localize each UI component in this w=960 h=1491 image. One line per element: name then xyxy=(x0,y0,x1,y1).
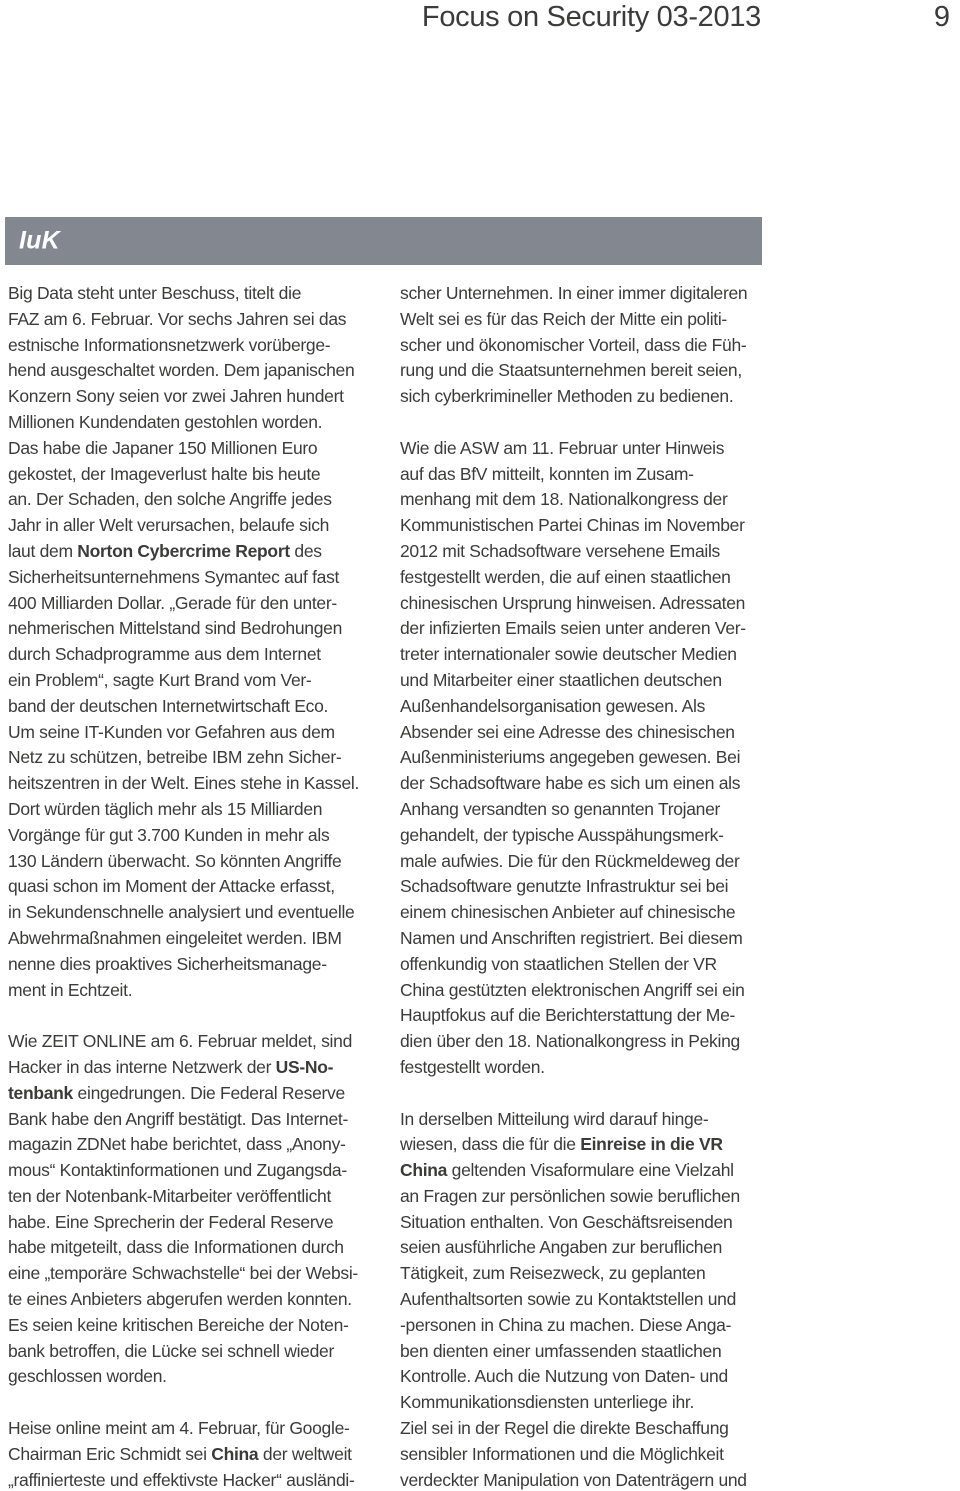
body-text: nenne dies proaktives Sicherheitsmanage- xyxy=(8,954,327,974)
body-text: heitszentren in der Welt. Eines stehe in… xyxy=(8,773,359,793)
body-text: Hacker in das interne Netzwerk der xyxy=(8,1057,276,1077)
paragraph: scher Unternehmen. In einer immer digita… xyxy=(400,281,780,410)
text-line: Tätigkeit, zum Reisezweck, zu geplanten xyxy=(400,1261,780,1287)
body-text: offenkundig von staatlichen Stellen der … xyxy=(400,954,717,974)
body-text: geschlossen worden. xyxy=(8,1366,167,1386)
text-line: „raffinierteste und effektivste Hacker“ … xyxy=(8,1468,380,1491)
body-text: festgestellt worden. xyxy=(400,1057,545,1077)
body-text: Ziel sei in der Regel die direkte Bescha… xyxy=(400,1418,729,1438)
text-line: laut dem Norton Cybercrime Report des xyxy=(8,539,380,565)
text-line: durch Schadprogramme aus dem Internet xyxy=(8,642,380,668)
text-line: Außenministeriums angegeben gewesen. Bei xyxy=(400,745,780,771)
text-line: Vorgänge für gut 3.700 Kunden in mehr al… xyxy=(8,823,380,849)
body-text: habe mitgeteilt, dass die Informationen … xyxy=(8,1237,344,1257)
text-line: eine „temporäre Schwachstelle“ bei der W… xyxy=(8,1261,380,1287)
body-text: auf das BfV mitteilt, konnten im Zusam- xyxy=(400,464,694,484)
text-line: wiesen, dass die für die Einreise in die… xyxy=(400,1132,780,1158)
text-line: habe mitgeteilt, dass die Informationen … xyxy=(8,1235,380,1261)
bold-text: Einreise in die VR xyxy=(580,1134,722,1154)
body-text: In derselben Mitteilung wird darauf hing… xyxy=(400,1109,708,1129)
body-text: Kommunikationsdiensten unterliege ihr. xyxy=(400,1392,694,1412)
body-text: Welt sei es für das Reich der Mitte ein … xyxy=(400,309,727,329)
body-text: FAZ am 6. Februar. Vor sechs Jahren sei … xyxy=(8,309,346,329)
text-line: der Schadsoftware habe es sich um einen … xyxy=(400,771,780,797)
paragraph: Heise online meint am 4. Februar, für Go… xyxy=(8,1416,380,1491)
bold-text: tenbank xyxy=(8,1083,73,1103)
page-number: 9 xyxy=(934,1,950,34)
body-text: Es seien keine kritischen Bereiche der N… xyxy=(8,1315,349,1335)
body-text: geltenden Visaformulare eine Vielzahl xyxy=(447,1160,734,1180)
text-line: Anhang versandten so genannten Trojaner xyxy=(400,797,780,823)
body-text: ben dienten einer umfassenden staatliche… xyxy=(400,1341,721,1361)
text-line: Das habe die Japaner 150 Millionen Euro xyxy=(8,436,380,462)
body-text: Außenministeriums angegeben gewesen. Bei xyxy=(400,747,740,767)
text-line: scher Unternehmen. In einer immer digita… xyxy=(400,281,780,307)
text-line: Namen und Anschriften registriert. Bei d… xyxy=(400,926,780,952)
body-text: Schadsoftware genutzte Infrastruktur sei… xyxy=(400,876,728,896)
text-line: an. Der Schaden, den solche Angriffe jed… xyxy=(8,487,380,513)
body-text: Kontrolle. Auch die Nutzung von Daten- u… xyxy=(400,1366,728,1386)
text-line: gekostet, der Imageverlust halte bis heu… xyxy=(8,462,380,488)
body-text: rung und die Staatsunternehmen bereit se… xyxy=(400,360,742,380)
text-line: quasi schon im Moment der Attacke erfass… xyxy=(8,874,380,900)
body-text: der weltweit xyxy=(258,1444,351,1464)
text-line: seien ausführliche Angaben zur beruflich… xyxy=(400,1235,780,1261)
bold-text: Norton Cybercrime Report xyxy=(77,541,290,561)
body-text: mous“ Kontaktinformationen und Zugangsda… xyxy=(8,1160,347,1180)
text-line: -personen in China zu machen. Diese Anga… xyxy=(400,1313,780,1339)
body-text: -personen in China zu machen. Diese Anga… xyxy=(400,1315,731,1335)
body-text: Jahr in aller Welt verursachen, belaufe … xyxy=(8,515,329,535)
text-line: habe. Eine Sprecherin der Federal Reserv… xyxy=(8,1210,380,1236)
body-text: der Schadsoftware habe es sich um einen … xyxy=(400,773,740,793)
text-line: geschlossen worden. xyxy=(8,1364,380,1390)
text-line: Kommunistischen Partei Chinas im Novembe… xyxy=(400,513,780,539)
body-text: band der deutschen Internetwirtschaft Ec… xyxy=(8,696,328,716)
text-line: und Mitarbeiter einer staatlichen deutsc… xyxy=(400,668,780,694)
section-banner-label: IuK xyxy=(19,227,60,256)
body-text: Wie ZEIT ONLINE am 6. Februar meldet, si… xyxy=(8,1031,352,1051)
body-text: Aufenthaltsorten sowie zu Kontaktstellen… xyxy=(400,1289,736,1309)
body-text: dien über den 18. Nationalkongress in Pe… xyxy=(400,1031,740,1051)
text-line: male aufwies. Die für den Rückmeldeweg d… xyxy=(400,849,780,875)
body-text: 400 Milliarden Dollar. „Gerade für den u… xyxy=(8,593,337,613)
text-line: Es seien keine kritischen Bereiche der N… xyxy=(8,1313,380,1339)
body-text: Chairman Eric Schmidt sei xyxy=(8,1444,211,1464)
text-line: festgestellt worden. xyxy=(400,1055,780,1081)
text-line: chinesischen Ursprung hinweisen. Adressa… xyxy=(400,591,780,617)
text-line: China gestützten elektronischen Angriff … xyxy=(400,978,780,1004)
body-text: treter internationaler sowie deutscher M… xyxy=(400,644,737,664)
body-text: Das habe die Japaner 150 Millionen Euro xyxy=(8,438,317,458)
body-text: einem chinesischen Anbieter auf chinesis… xyxy=(400,902,735,922)
paragraph: Wie ZEIT ONLINE am 6. Februar meldet, si… xyxy=(8,1029,380,1390)
body-text: Bank habe den Angriff bestätigt. Das Int… xyxy=(8,1109,348,1129)
body-text: ten der Notenbank-Mitarbeiter veröffentl… xyxy=(8,1186,331,1206)
text-line: estnische Informationsnetzwerk vorüberge… xyxy=(8,333,380,359)
body-text: magazin ZDNet habe berichtet, dass „Anon… xyxy=(8,1134,346,1154)
body-text: Kommunistischen Partei Chinas im Novembe… xyxy=(400,515,745,535)
text-line: dien über den 18. Nationalkongress in Pe… xyxy=(400,1029,780,1055)
article-column-right: scher Unternehmen. In einer immer digita… xyxy=(400,281,780,1491)
text-line: Abwehrmaßnahmen eingeleitet werden. IBM xyxy=(8,926,380,952)
text-line: hend ausgeschaltet worden. Dem japanisch… xyxy=(8,358,380,384)
body-text: seien ausführliche Angaben zur beruflich… xyxy=(400,1237,722,1257)
body-text: verdeckter Manipulation von Datenträgern… xyxy=(400,1470,747,1490)
text-line: offenkundig von staatlichen Stellen der … xyxy=(400,952,780,978)
text-line: nenne dies proaktives Sicherheitsmanage- xyxy=(8,952,380,978)
body-text: sensibler Informationen und die Möglichk… xyxy=(400,1444,724,1464)
text-line: Um seine IT-Kunden vor Gefahren aus dem xyxy=(8,720,380,746)
text-line: Ziel sei in der Regel die direkte Bescha… xyxy=(400,1416,780,1442)
body-text: scher und ökonomischer Vorteil, dass die… xyxy=(400,335,746,355)
body-text: eine „temporäre Schwachstelle“ bei der W… xyxy=(8,1263,358,1283)
text-line: Außenhandelsorganisation gewesen. Als xyxy=(400,694,780,720)
text-line: menhang mit dem 18. Nationalkongress der xyxy=(400,487,780,513)
text-line: nehmerischen Mittelstand sind Bedrohunge… xyxy=(8,616,380,642)
text-line: Welt sei es für das Reich der Mitte ein … xyxy=(400,307,780,333)
body-text: der infizierten Emails seien unter ander… xyxy=(400,618,746,638)
text-line: Konzern Sony seien vor zwei Jahren hunde… xyxy=(8,384,380,410)
text-line: ein Problem“, sagte Kurt Brand vom Ver- xyxy=(8,668,380,694)
text-line: ten der Notenbank-Mitarbeiter veröffentl… xyxy=(8,1184,380,1210)
text-line: gehandelt, der typische Ausspähungsmerk- xyxy=(400,823,780,849)
text-line: bank betroffen, die Lücke sei schnell wi… xyxy=(8,1339,380,1365)
text-line: ben dienten einer umfassenden staatliche… xyxy=(400,1339,780,1365)
text-line: te eines Anbieters abgerufen werden konn… xyxy=(8,1287,380,1313)
text-line: scher und ökonomischer Vorteil, dass die… xyxy=(400,333,780,359)
body-text: chinesischen Ursprung hinweisen. Adressa… xyxy=(400,593,745,613)
text-line: Aufenthaltsorten sowie zu Kontaktstellen… xyxy=(400,1287,780,1313)
paragraph: In derselben Mitteilung wird darauf hing… xyxy=(400,1107,780,1491)
text-line: In derselben Mitteilung wird darauf hing… xyxy=(400,1107,780,1133)
text-line: magazin ZDNet habe berichtet, dass „Anon… xyxy=(8,1132,380,1158)
text-line: Chairman Eric Schmidt sei China der welt… xyxy=(8,1442,380,1468)
body-text: Namen und Anschriften registriert. Bei d… xyxy=(400,928,743,948)
body-text: Netz zu schützen, betreibe IBM zehn Sich… xyxy=(8,747,341,767)
body-text: habe. Eine Sprecherin der Federal Reserv… xyxy=(8,1212,333,1232)
body-text: Abwehrmaßnahmen eingeleitet werden. IBM xyxy=(8,928,342,948)
body-text: Vorgänge für gut 3.700 Kunden in mehr al… xyxy=(8,825,329,845)
text-line: Hauptfokus auf die Berichterstattung der… xyxy=(400,1003,780,1029)
body-text: „raffinierteste und effektivste Hacker“ … xyxy=(8,1470,355,1490)
text-line: ment in Echtzeit. xyxy=(8,978,380,1004)
body-text: male aufwies. Die für den Rückmeldeweg d… xyxy=(400,851,740,871)
body-text: gehandelt, der typische Ausspähungsmerk- xyxy=(400,825,724,845)
body-text: Sicherheitsunternehmens Symantec auf fas… xyxy=(8,567,339,587)
text-line: Absender sei eine Adresse des chinesisch… xyxy=(400,720,780,746)
text-line: verdeckter Manipulation von Datenträgern… xyxy=(400,1468,780,1491)
text-line: Hacker in das interne Netzwerk der US-No… xyxy=(8,1055,380,1081)
text-line: band der deutschen Internetwirtschaft Ec… xyxy=(8,694,380,720)
body-text: nehmerischen Mittelstand sind Bedrohunge… xyxy=(8,618,342,638)
body-text: Millionen Kundendaten gestohlen worden. xyxy=(8,412,322,432)
text-line: Kommunikationsdiensten unterliege ihr. xyxy=(400,1390,780,1416)
body-text: bank betroffen, die Lücke sei schnell wi… xyxy=(8,1341,334,1361)
body-text: 130 Ländern überwacht. So könnten Angrif… xyxy=(8,851,341,871)
body-text: ment in Echtzeit. xyxy=(8,980,132,1000)
body-text: quasi schon im Moment der Attacke erfass… xyxy=(8,876,335,896)
body-text: China gestützten elektronischen Angriff … xyxy=(400,980,745,1000)
body-text: an. Der Schaden, den solche Angriffe jed… xyxy=(8,489,332,509)
text-line: auf das BfV mitteilt, konnten im Zusam- xyxy=(400,462,780,488)
body-text: Heise online meint am 4. Februar, für Go… xyxy=(8,1418,350,1438)
text-line: 400 Milliarden Dollar. „Gerade für den u… xyxy=(8,591,380,617)
bold-text: US-No- xyxy=(276,1057,334,1077)
body-text: hend ausgeschaltet worden. Dem japanisch… xyxy=(8,360,354,380)
text-line: an Fragen zur persönlichen sowie berufli… xyxy=(400,1184,780,1210)
document-title: Focus on Security 03-2013 xyxy=(422,1,761,34)
text-line: China geltenden Visaformulare eine Vielz… xyxy=(400,1158,780,1184)
text-line: Schadsoftware genutzte Infrastruktur sei… xyxy=(400,874,780,900)
text-line: Netz zu schützen, betreibe IBM zehn Sich… xyxy=(8,745,380,771)
body-text: Wie die ASW am 11. Februar unter Hinweis xyxy=(400,438,724,458)
text-line: treter internationaler sowie deutscher M… xyxy=(400,642,780,668)
text-line: Sicherheitsunternehmens Symantec auf fas… xyxy=(8,565,380,591)
text-line: Millionen Kundendaten gestohlen worden. xyxy=(8,410,380,436)
body-text: und Mitarbeiter einer staatlichen deutsc… xyxy=(400,670,722,690)
body-text: Außenhandelsorganisation gewesen. Als xyxy=(400,696,705,716)
article-column-left: Big Data steht unter Beschuss, titelt di… xyxy=(8,281,380,1491)
section-banner: IuK xyxy=(5,217,762,265)
text-line: der infizierten Emails seien unter ander… xyxy=(400,616,780,642)
body-text: Hauptfokus auf die Berichterstattung der… xyxy=(400,1005,735,1025)
paragraph: Big Data steht unter Beschuss, titelt di… xyxy=(8,281,380,1003)
text-line: sich cyberkrimineller Methoden zu bedien… xyxy=(400,384,780,410)
body-text: Anhang versandten so genannten Trojaner xyxy=(400,799,720,819)
body-text: Konzern Sony seien vor zwei Jahren hunde… xyxy=(8,386,344,406)
text-line: in Sekundenschnelle analysiert und event… xyxy=(8,900,380,926)
text-line: heitszentren in der Welt. Eines stehe in… xyxy=(8,771,380,797)
body-text: eingedrungen. Die Federal Reserve xyxy=(73,1083,345,1103)
text-line: Wie ZEIT ONLINE am 6. Februar meldet, si… xyxy=(8,1029,380,1055)
text-line: rung und die Staatsunternehmen bereit se… xyxy=(400,358,780,384)
body-text: gekostet, der Imageverlust halte bis heu… xyxy=(8,464,320,484)
body-text: in Sekundenschnelle analysiert und event… xyxy=(8,902,354,922)
text-line: Bank habe den Angriff bestätigt. Das Int… xyxy=(8,1107,380,1133)
body-text: 2012 mit Schadsoftware versehene Emails xyxy=(400,541,720,561)
body-text: Big Data steht unter Beschuss, titelt di… xyxy=(8,283,301,303)
text-line: Dort würden täglich mehr als 15 Milliard… xyxy=(8,797,380,823)
body-text: Dort würden täglich mehr als 15 Milliard… xyxy=(8,799,322,819)
text-line: Jahr in aller Welt verursachen, belaufe … xyxy=(8,513,380,539)
body-text: wiesen, dass die für die xyxy=(400,1134,580,1154)
text-line: 130 Ländern überwacht. So könnten Angrif… xyxy=(8,849,380,875)
text-line: einem chinesischen Anbieter auf chinesis… xyxy=(400,900,780,926)
paragraph: Wie die ASW am 11. Februar unter Hinweis… xyxy=(400,436,780,1081)
body-text: sich cyberkrimineller Methoden zu bedien… xyxy=(400,386,733,406)
body-text: ein Problem“, sagte Kurt Brand vom Ver- xyxy=(8,670,311,690)
body-text: Um seine IT-Kunden vor Gefahren aus dem xyxy=(8,722,335,742)
body-text: estnische Informationsnetzwerk vorüberge… xyxy=(8,335,330,355)
text-line: Big Data steht unter Beschuss, titelt di… xyxy=(8,281,380,307)
body-text: te eines Anbieters abgerufen werden konn… xyxy=(8,1289,352,1309)
body-text: Tätigkeit, zum Reisezweck, zu geplanten xyxy=(400,1263,705,1283)
text-line: Situation enthalten. Von Geschäftsreisen… xyxy=(400,1210,780,1236)
body-text: an Fragen zur persönlichen sowie berufli… xyxy=(400,1186,740,1206)
text-line: mous“ Kontaktinformationen und Zugangsda… xyxy=(8,1158,380,1184)
text-line: FAZ am 6. Februar. Vor sechs Jahren sei … xyxy=(8,307,380,333)
text-line: Wie die ASW am 11. Februar unter Hinweis xyxy=(400,436,780,462)
text-line: Heise online meint am 4. Februar, für Go… xyxy=(8,1416,380,1442)
body-text: menhang mit dem 18. Nationalkongress der xyxy=(400,489,728,509)
text-line: sensibler Informationen und die Möglichk… xyxy=(400,1442,780,1468)
text-line: Kontrolle. Auch die Nutzung von Daten- u… xyxy=(400,1364,780,1390)
body-text: laut dem xyxy=(8,541,77,561)
article-body: Big Data steht unter Beschuss, titelt di… xyxy=(8,281,960,1491)
body-text: festgestellt werden, die auf einen staat… xyxy=(400,567,731,587)
body-text: Absender sei eine Adresse des chinesisch… xyxy=(400,722,735,742)
body-text: des xyxy=(290,541,322,561)
text-line: 2012 mit Schadsoftware versehene Emails xyxy=(400,539,780,565)
text-line: festgestellt werden, die auf einen staat… xyxy=(400,565,780,591)
document-page: Focus on Security 03-2013 9 IuK Big Data… xyxy=(0,0,960,1491)
body-text: Situation enthalten. Von Geschäftsreisen… xyxy=(400,1212,732,1232)
bold-text: China xyxy=(400,1160,447,1180)
text-line: tenbank eingedrungen. Die Federal Reserv… xyxy=(8,1081,380,1107)
body-text: scher Unternehmen. In einer immer digita… xyxy=(400,283,747,303)
bold-text: China xyxy=(211,1444,258,1464)
body-text: durch Schadprogramme aus dem Internet xyxy=(8,644,321,664)
